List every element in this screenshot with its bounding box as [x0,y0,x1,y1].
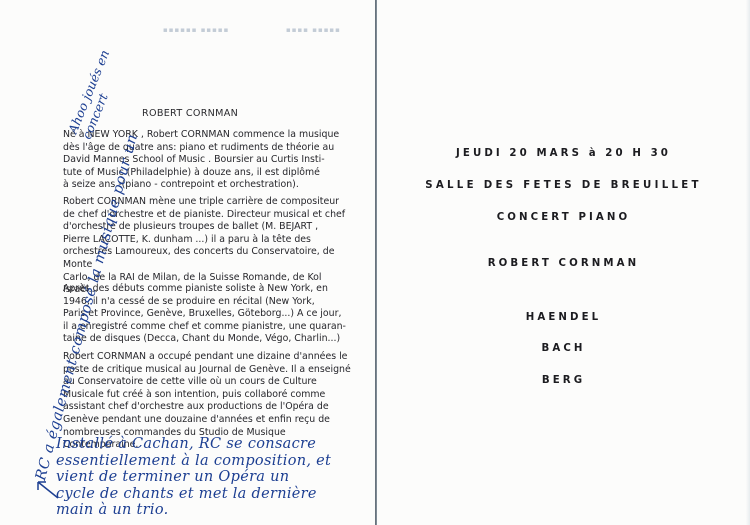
concert-date: JEUDI 20 MARS à 20 H 30 [377,148,750,159]
handwritten-line: essentiellement à la composition, et [56,453,376,470]
handwritten-line: vient de terminer un Opéra un [56,469,376,486]
handwritten-bottom-note: Installé à Cachan, RC se consacre essent… [56,436,376,519]
bio-line: à seize ans -(piano - contrepoint et orc… [63,179,363,192]
composer-bach: BACH [377,343,750,354]
bio-line: Genève pendant une douzaine d'années et … [63,414,363,427]
performer-name: ROBERT CORNMAN [377,258,750,269]
bio-paragraph-3: Après des débuts comme pianiste soliste … [63,283,363,346]
bio-line: David Mannes School of Music . Boursier … [63,154,363,167]
concert-venue: SALLE DES FETES DE BREUILLET [377,180,750,191]
bio-paragraph-1: Né à NEW YORK , Robert CORNMAN commence … [63,129,363,192]
bio-line: assistant chef d'orchestre aux productio… [63,401,363,414]
composer-berg: BERG [377,375,750,386]
bio-line: Né à NEW YORK , Robert CORNMAN commence … [63,129,363,142]
show-through-text: ▪▪▪▪▪▪ ▪▪▪▪▪ [163,26,229,34]
composer-haendel: HAENDEL [377,312,750,323]
show-through-text: ▪▪▪▪ ▪▪▪▪▪ [286,26,341,34]
bio-line: il a enregistré comme chef et comme pian… [63,321,363,334]
bio-line: dès l'âge de quatre ans: piano et rudime… [63,142,363,155]
bio-title: ROBERT CORNMAN [142,108,238,119]
handwritten-line: main à un trio. [56,502,376,519]
bio-line: 1946, il n'a cessé de se produire en réc… [63,296,363,309]
bio-line: poste de critique musical au Journal de … [63,364,363,377]
concert-type: CONCERT PIANO [377,212,750,223]
bio-line: Robert CORNMAN a occupé pendant une diza… [63,351,363,364]
bio-line: Paris et Province, Genève, Bruxelles, Gö… [63,308,363,321]
bio-line: taine de disques (Decca, Chant du Monde,… [63,333,363,346]
bio-line: Musicale fut créé à son intention, puis … [63,389,363,402]
handwritten-line: Installé à Cachan, RC se consacre [56,436,376,453]
bio-line: Après des débuts comme pianiste soliste … [63,283,363,296]
bio-line: au Conservatoire de cette ville où un co… [63,376,363,389]
bio-line: tute of Music (Philadelphie) à douze ans… [63,167,363,180]
handwritten-line: cycle de chants et met la dernière [56,486,376,503]
